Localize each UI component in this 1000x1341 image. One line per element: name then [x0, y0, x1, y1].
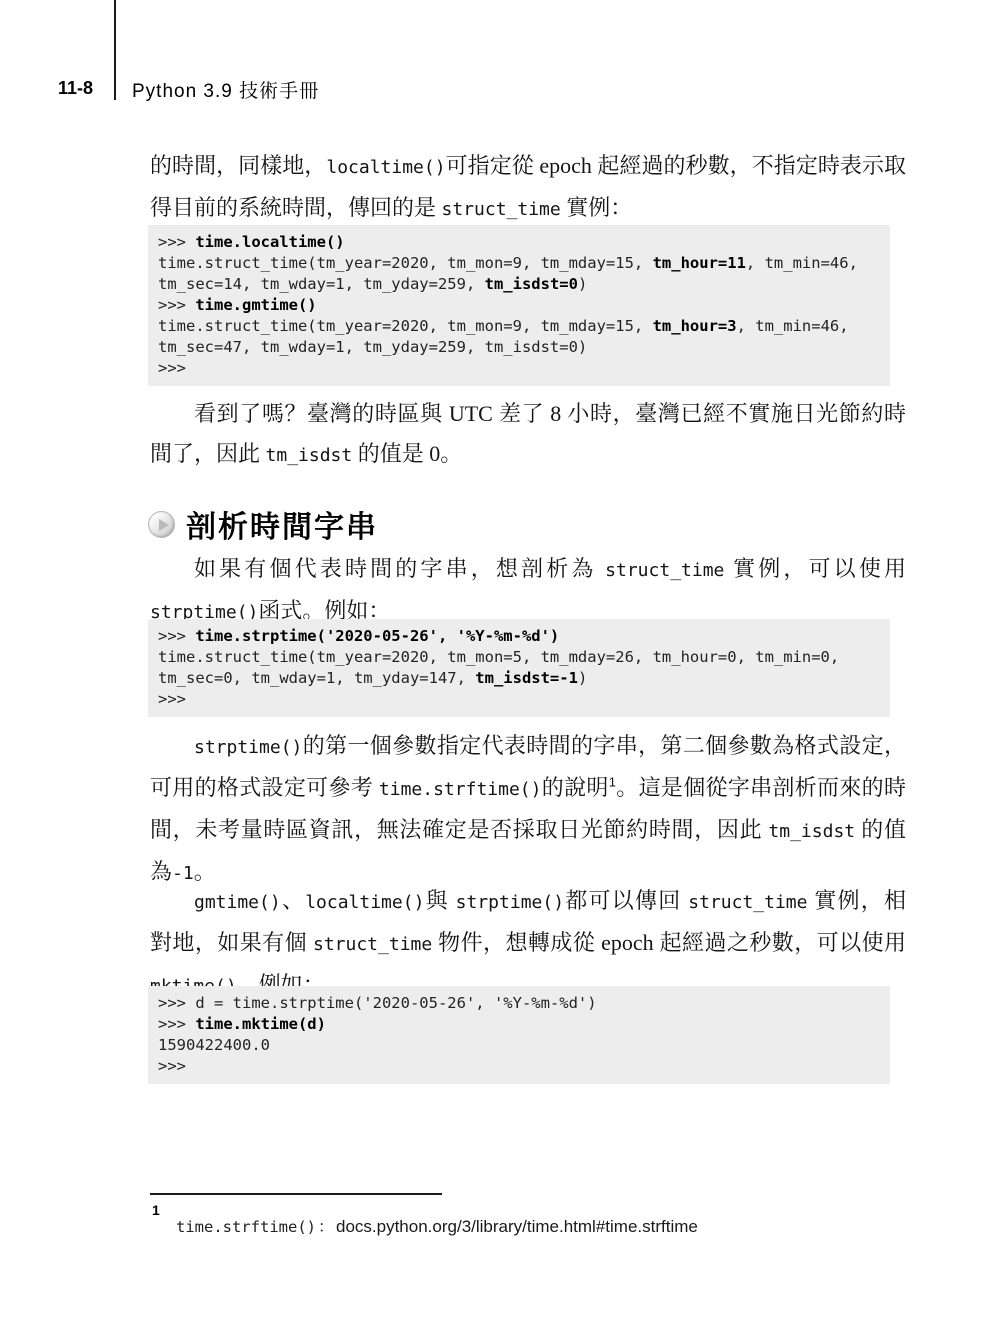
paragraph-strptime-detail: strptime()的第一個參數指定代表時間的字串，第二個參數為格式設定，可用的…	[150, 726, 906, 894]
inline-code: strptime()	[456, 892, 564, 913]
code-line: 1590422400.0	[158, 1035, 880, 1056]
inline-code: struct_time	[605, 560, 724, 581]
inline-code: tm_isdst	[266, 445, 353, 466]
code-output-segment: >>>	[158, 233, 195, 251]
code-output-segment: , tm_min=46,	[737, 317, 849, 335]
body-text-run: 與	[424, 888, 455, 913]
book-page: { "header": { "page_number": "11-8", "bo…	[0, 0, 1000, 1341]
body-text-run: 的時間，同樣地，	[150, 153, 326, 178]
code-line: >>> time.strptime('2020-05-26', '%Y-%m-%…	[158, 626, 880, 647]
code-line: >>> time.gmtime()	[158, 295, 880, 316]
code-output-segment: >>>	[158, 359, 186, 377]
footnote-marker: 1	[152, 1202, 160, 1218]
code-line: time.struct_time(tm_year=2020, tm_mon=9,…	[158, 316, 880, 337]
body-text-run: 都可以傳回	[564, 888, 688, 913]
code-output-segment: , tm_min=46,	[746, 254, 858, 272]
section-heading: 剖析時間字串	[148, 502, 378, 546]
code-input-segment: tm_hour=11	[653, 254, 746, 272]
body-text-run: 看到了嗎？臺灣的時區與 UTC 差了 8 小時，臺灣已經不實施日光節約時間了，因…	[150, 401, 906, 466]
code-input-segment: time.strptime('2020-05-26', '%Y-%m-%d')	[195, 627, 559, 645]
play-circle-icon	[148, 511, 175, 538]
code-line: >>> d = time.strptime('2020-05-26', '%Y-…	[158, 993, 880, 1014]
inline-code: localtime()	[326, 157, 445, 178]
paragraph-intro: 的時間，同樣地，localtime()可指定從 epoch 起經過的秒數，不指定…	[150, 146, 906, 230]
code-line: time.struct_time(tm_year=2020, tm_mon=5,…	[158, 647, 880, 668]
body-text-run: 的說明	[541, 775, 608, 800]
code-line: tm_sec=47, tm_wday=1, tm_yday=259, tm_is…	[158, 337, 880, 358]
code-input-segment: tm_hour=3	[653, 317, 737, 335]
code-line: >>>	[158, 1056, 880, 1077]
page-number: 11-8	[58, 78, 93, 99]
inline-code: strptime()	[194, 737, 302, 758]
body-text-run: 如果有個代表時間的字串，想剖析為	[194, 556, 605, 581]
code-block-localtime-gmtime: >>> time.localtime()time.struct_time(tm_…	[148, 225, 890, 386]
code-line: >>>	[158, 358, 880, 379]
code-line: tm_sec=14, tm_wday=1, tm_yday=259, tm_is…	[158, 274, 880, 295]
book-title: Python 3.9 技術手冊	[132, 76, 319, 103]
code-output-segment: tm_sec=14, tm_wday=1, tm_yday=259,	[158, 275, 485, 293]
inline-code: gmtime()	[194, 892, 281, 913]
footnote-rule	[150, 1193, 442, 1195]
code-input-segment: tm_isdst=0	[485, 275, 578, 293]
code-input-segment: time.localtime()	[195, 233, 344, 251]
inline-code: struct_time	[442, 199, 561, 220]
code-output-segment: >>>	[158, 1015, 195, 1033]
code-output-segment: time.struct_time(tm_year=2020, tm_mon=5,…	[158, 648, 839, 666]
code-input-segment: time.mktime(d)	[195, 1015, 326, 1033]
body-text-run: 物件，想轉成從 epoch 起經過之秒數，可以使用	[432, 930, 906, 955]
code-output-segment: tm_sec=47, tm_wday=1, tm_yday=259, tm_is…	[158, 338, 587, 356]
paragraph-timezone: 看到了嗎？臺灣的時區與 UTC 差了 8 小時，臺灣已經不實施日光節約時間了，因…	[150, 394, 906, 476]
code-block-mktime: >>> d = time.strptime('2020-05-26', '%Y-…	[148, 986, 890, 1084]
code-output-segment: time.struct_time(tm_year=2020, tm_mon=9,…	[158, 254, 653, 272]
code-input-segment: time.gmtime()	[195, 296, 316, 314]
code-line: >>> time.mktime(d)	[158, 1014, 880, 1035]
inline-code: localtime()	[305, 892, 424, 913]
code-output-segment: >>>	[158, 1057, 186, 1075]
footnote-ref: 1	[609, 775, 616, 790]
inline-code: tm_isdst	[768, 821, 855, 842]
code-output-segment: )	[578, 275, 587, 293]
header-divider	[114, 0, 116, 100]
code-block-strptime: >>> time.strptime('2020-05-26', '%Y-%m-%…	[148, 619, 890, 717]
code-input-segment: tm_isdst=-1	[475, 669, 578, 687]
code-output-segment: >>>	[158, 690, 186, 708]
inline-code: time.strftime()	[379, 779, 542, 800]
footnote-separator: ：	[316, 1214, 336, 1237]
code-line: time.struct_time(tm_year=2020, tm_mon=9,…	[158, 253, 880, 274]
code-output-segment: >>> d = time.strptime('2020-05-26', '%Y-…	[158, 994, 597, 1012]
inline-code: struct_time	[688, 892, 807, 913]
footnote-line: time.strftime() ： docs.python.org/3/libr…	[176, 1214, 698, 1237]
footnote-url: docs.python.org/3/library/time.html#time…	[336, 1217, 698, 1237]
body-text-run: 的值是 0。	[352, 441, 462, 466]
code-line: >>>	[158, 689, 880, 710]
code-output-segment: tm_sec=0, tm_wday=1, tm_yday=147,	[158, 669, 475, 687]
code-output-segment: >>>	[158, 627, 195, 645]
section-title: 剖析時間字串	[186, 502, 378, 546]
body-text-run: 實例，可以使用	[724, 556, 906, 581]
code-output-segment: >>>	[158, 296, 195, 314]
code-line: >>> time.localtime()	[158, 232, 880, 253]
code-output-segment: )	[578, 669, 587, 687]
body-text-run: 、	[281, 888, 306, 913]
code-line: tm_sec=0, tm_wday=1, tm_yday=147, tm_isd…	[158, 668, 880, 689]
code-output-segment: 1590422400.0	[158, 1036, 270, 1054]
body-text-run: 實例：	[561, 195, 633, 220]
inline-code: struct_time	[313, 934, 432, 955]
footnote-code: time.strftime()	[176, 1218, 316, 1236]
code-output-segment: time.struct_time(tm_year=2020, tm_mon=9,…	[158, 317, 653, 335]
